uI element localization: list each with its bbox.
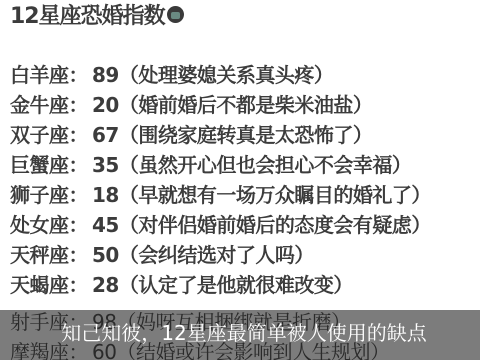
sign-name: 天秤座 <box>10 243 69 267</box>
note: （早就想有一场万众瞩目的婚礼了） <box>119 183 431 207</box>
score: 67 <box>92 123 119 147</box>
sign-name: 白羊座 <box>10 63 69 87</box>
note: （处理婆媳关系真头疼） <box>119 63 334 87</box>
separator: ： <box>69 153 89 177</box>
separator: ： <box>69 63 89 87</box>
separator: ： <box>69 123 89 147</box>
score: 89 <box>92 63 119 87</box>
separator: ： <box>69 183 89 207</box>
note: （对伴侣婚前婚后的态度会有疑虑） <box>119 213 431 237</box>
note: （认定了是他就很难改变） <box>119 273 353 297</box>
score: 35 <box>92 153 119 177</box>
score: 50 <box>92 243 119 267</box>
sign-name: 双子座 <box>10 123 69 147</box>
title-text: 12星座恐婚指数 <box>10 0 165 30</box>
score: 18 <box>92 183 119 207</box>
separator: ： <box>69 273 89 297</box>
list-item: 天蝎座：28（认定了是他就很难改变） <box>10 270 431 300</box>
fearful-face-emoji-icon <box>167 6 184 23</box>
sign-name: 狮子座 <box>10 183 69 207</box>
sign-name: 处女座 <box>10 213 69 237</box>
score: 45 <box>92 213 119 237</box>
separator: ： <box>69 213 89 237</box>
list-item: 天秤座：50（会纠结选对了人吗） <box>10 240 431 270</box>
sign-name: 金牛座 <box>10 93 69 117</box>
note: （会纠结选对了人吗） <box>119 243 314 267</box>
list-item: 处女座：45（对伴侣婚前婚后的态度会有疑虑） <box>10 210 431 240</box>
overlay-caption: 知己知彼，12星座最简单被人使用的缺点 <box>0 320 480 346</box>
sign-name: 天蝎座 <box>10 273 69 297</box>
list-item: 金牛座：20（婚前婚后不都是柴米油盐） <box>10 90 431 120</box>
note: （婚前婚后不都是柴米油盐） <box>119 93 373 117</box>
list-item: 白羊座：89（处理婆媳关系真头疼） <box>10 60 431 90</box>
score: 20 <box>92 93 119 117</box>
zodiac-list: 白羊座：89（处理婆媳关系真头疼） 金牛座：20（婚前婚后不都是柴米油盐） 双子… <box>10 60 431 300</box>
note: （围绕家庭转真是太恐怖了） <box>119 123 373 147</box>
list-item: 狮子座：18（早就想有一场万众瞩目的婚礼了） <box>10 180 431 210</box>
list-item: 双子座：67（围绕家庭转真是太恐怖了） <box>10 120 431 150</box>
page-title: 12星座恐婚指数 <box>10 0 184 28</box>
list-item: 巨蟹座：35（虽然开心但也会担心不会幸福） <box>10 150 431 180</box>
separator: ： <box>69 243 89 267</box>
score: 28 <box>92 273 119 297</box>
sign-name: 巨蟹座 <box>10 153 69 177</box>
note: （虽然开心但也会担心不会幸福） <box>119 153 412 177</box>
separator: ： <box>69 93 89 117</box>
